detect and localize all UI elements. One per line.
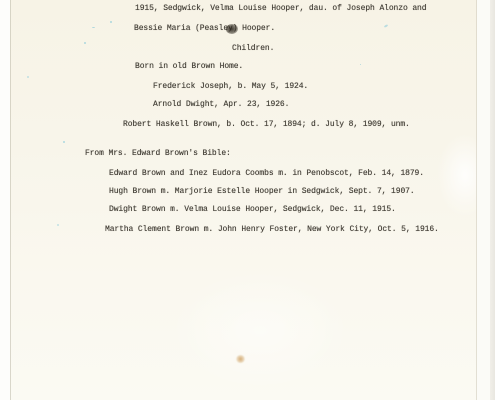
typed-line-children-heading: Children. bbox=[232, 43, 274, 54]
paper-speck bbox=[27, 76, 29, 78]
typed-line: 1915, Sedgwick, Velma Louise Hooper, dau… bbox=[135, 3, 426, 14]
paper-speck bbox=[63, 141, 65, 143]
paper-speck bbox=[84, 42, 86, 44]
typed-line-section-heading: From Mrs. Edward Brown's Bible: bbox=[85, 148, 231, 159]
typed-line: Robert Haskell Brown, b. Oct. 17, 1894; … bbox=[123, 119, 410, 130]
typed-line: Bessie Maria (Peasley) Hooper. bbox=[134, 23, 275, 34]
paper-speck bbox=[110, 21, 112, 23]
typed-line: Hugh Brown m. Marjorie Estelle Hooper in… bbox=[109, 186, 415, 197]
typed-line: Edward Brown and Inez Eudora Coombs m. i… bbox=[109, 168, 424, 179]
paper-speck bbox=[57, 224, 59, 226]
stain-spot bbox=[236, 355, 245, 363]
scan-gutter bbox=[477, 0, 490, 400]
typed-line: Martha Clement Brown m. John Henry Foste… bbox=[105, 224, 439, 235]
scan-edge-shadow bbox=[490, 0, 495, 400]
typed-line: Arnold Dwight, Apr. 23, 1926. bbox=[153, 99, 289, 110]
paper-speck bbox=[92, 27, 95, 28]
paper-speck bbox=[360, 64, 361, 65]
typed-line: Frederick Joseph, b. May 5, 1924. bbox=[153, 81, 308, 92]
typed-line: Born in old Brown Home. bbox=[135, 61, 243, 72]
typed-line: Dwight Brown m. Velma Louise Hooper, Sed… bbox=[109, 204, 396, 215]
document-scan: 1915, Sedgwick, Velma Louise Hooper, dau… bbox=[0, 0, 495, 400]
scanned-page bbox=[10, 0, 477, 400]
